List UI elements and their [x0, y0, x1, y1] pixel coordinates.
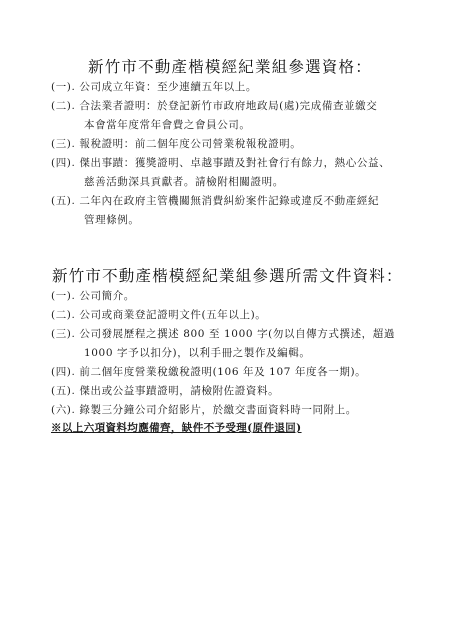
qualification-item-5: (五). 二年內在政府主管機關無消費糾紛案件記錄或違反不動產經紀: [51, 194, 379, 208]
qualification-item-4: (四). 傑出事蹟：獲獎證明、卓越事蹟及對社會行有餘力，熱心公益、: [51, 156, 390, 170]
document-item-4: (四). 前二個年度營業稅繳稅證明(106 年及 107 年度各一期)。: [51, 365, 366, 379]
section1-title: 新竹市不動產楷模經紀業組參選資格：: [88, 55, 372, 77]
document-item-2: (二). 公司或商業登記證明文件(五年以上)。: [51, 308, 266, 322]
document-item-1: (一). 公司簡介。: [51, 289, 135, 303]
qualification-item-2-cont: 本會當年度常年會費之會員公司。: [84, 118, 251, 132]
requirement-note: ※以上六項資料均應備齊，缺件不予受理(原件退回): [51, 421, 302, 435]
document-item-5: (五). 傑出或公益事蹟證明，請檢附佐證資料。: [51, 384, 279, 398]
document-item-3: (三). 公司發展歷程之撰述 800 至 1000 字(勿以自傳方式撰述，超過: [51, 327, 395, 341]
qualification-item-5-cont: 管理條例。: [84, 213, 140, 227]
document-item-3-cont: 1000 字予以扣分)，以利手冊之製作及編輯。: [84, 346, 310, 360]
document-item-6: (六). 錄製三分鐘公司介紹影片，於繳交書面資料時一同附上。: [51, 403, 357, 417]
qualification-item-4-cont: 慈善活動深具貢獻者。請檢附相關證明。: [84, 175, 284, 189]
qualification-item-3: (三). 報稅證明：前二個年度公司營業稅報稅證明。: [51, 137, 301, 151]
qualification-item-2: (二). 合法業者證明：於登記新竹市政府地政局(處)完成備查並繳交: [51, 99, 377, 113]
qualification-item-1: (一). 公司成立年資：至少連續五年以上。: [51, 80, 257, 94]
section2-title: 新竹市不動產楷模經紀業組參選所需文件資料：: [52, 264, 403, 286]
